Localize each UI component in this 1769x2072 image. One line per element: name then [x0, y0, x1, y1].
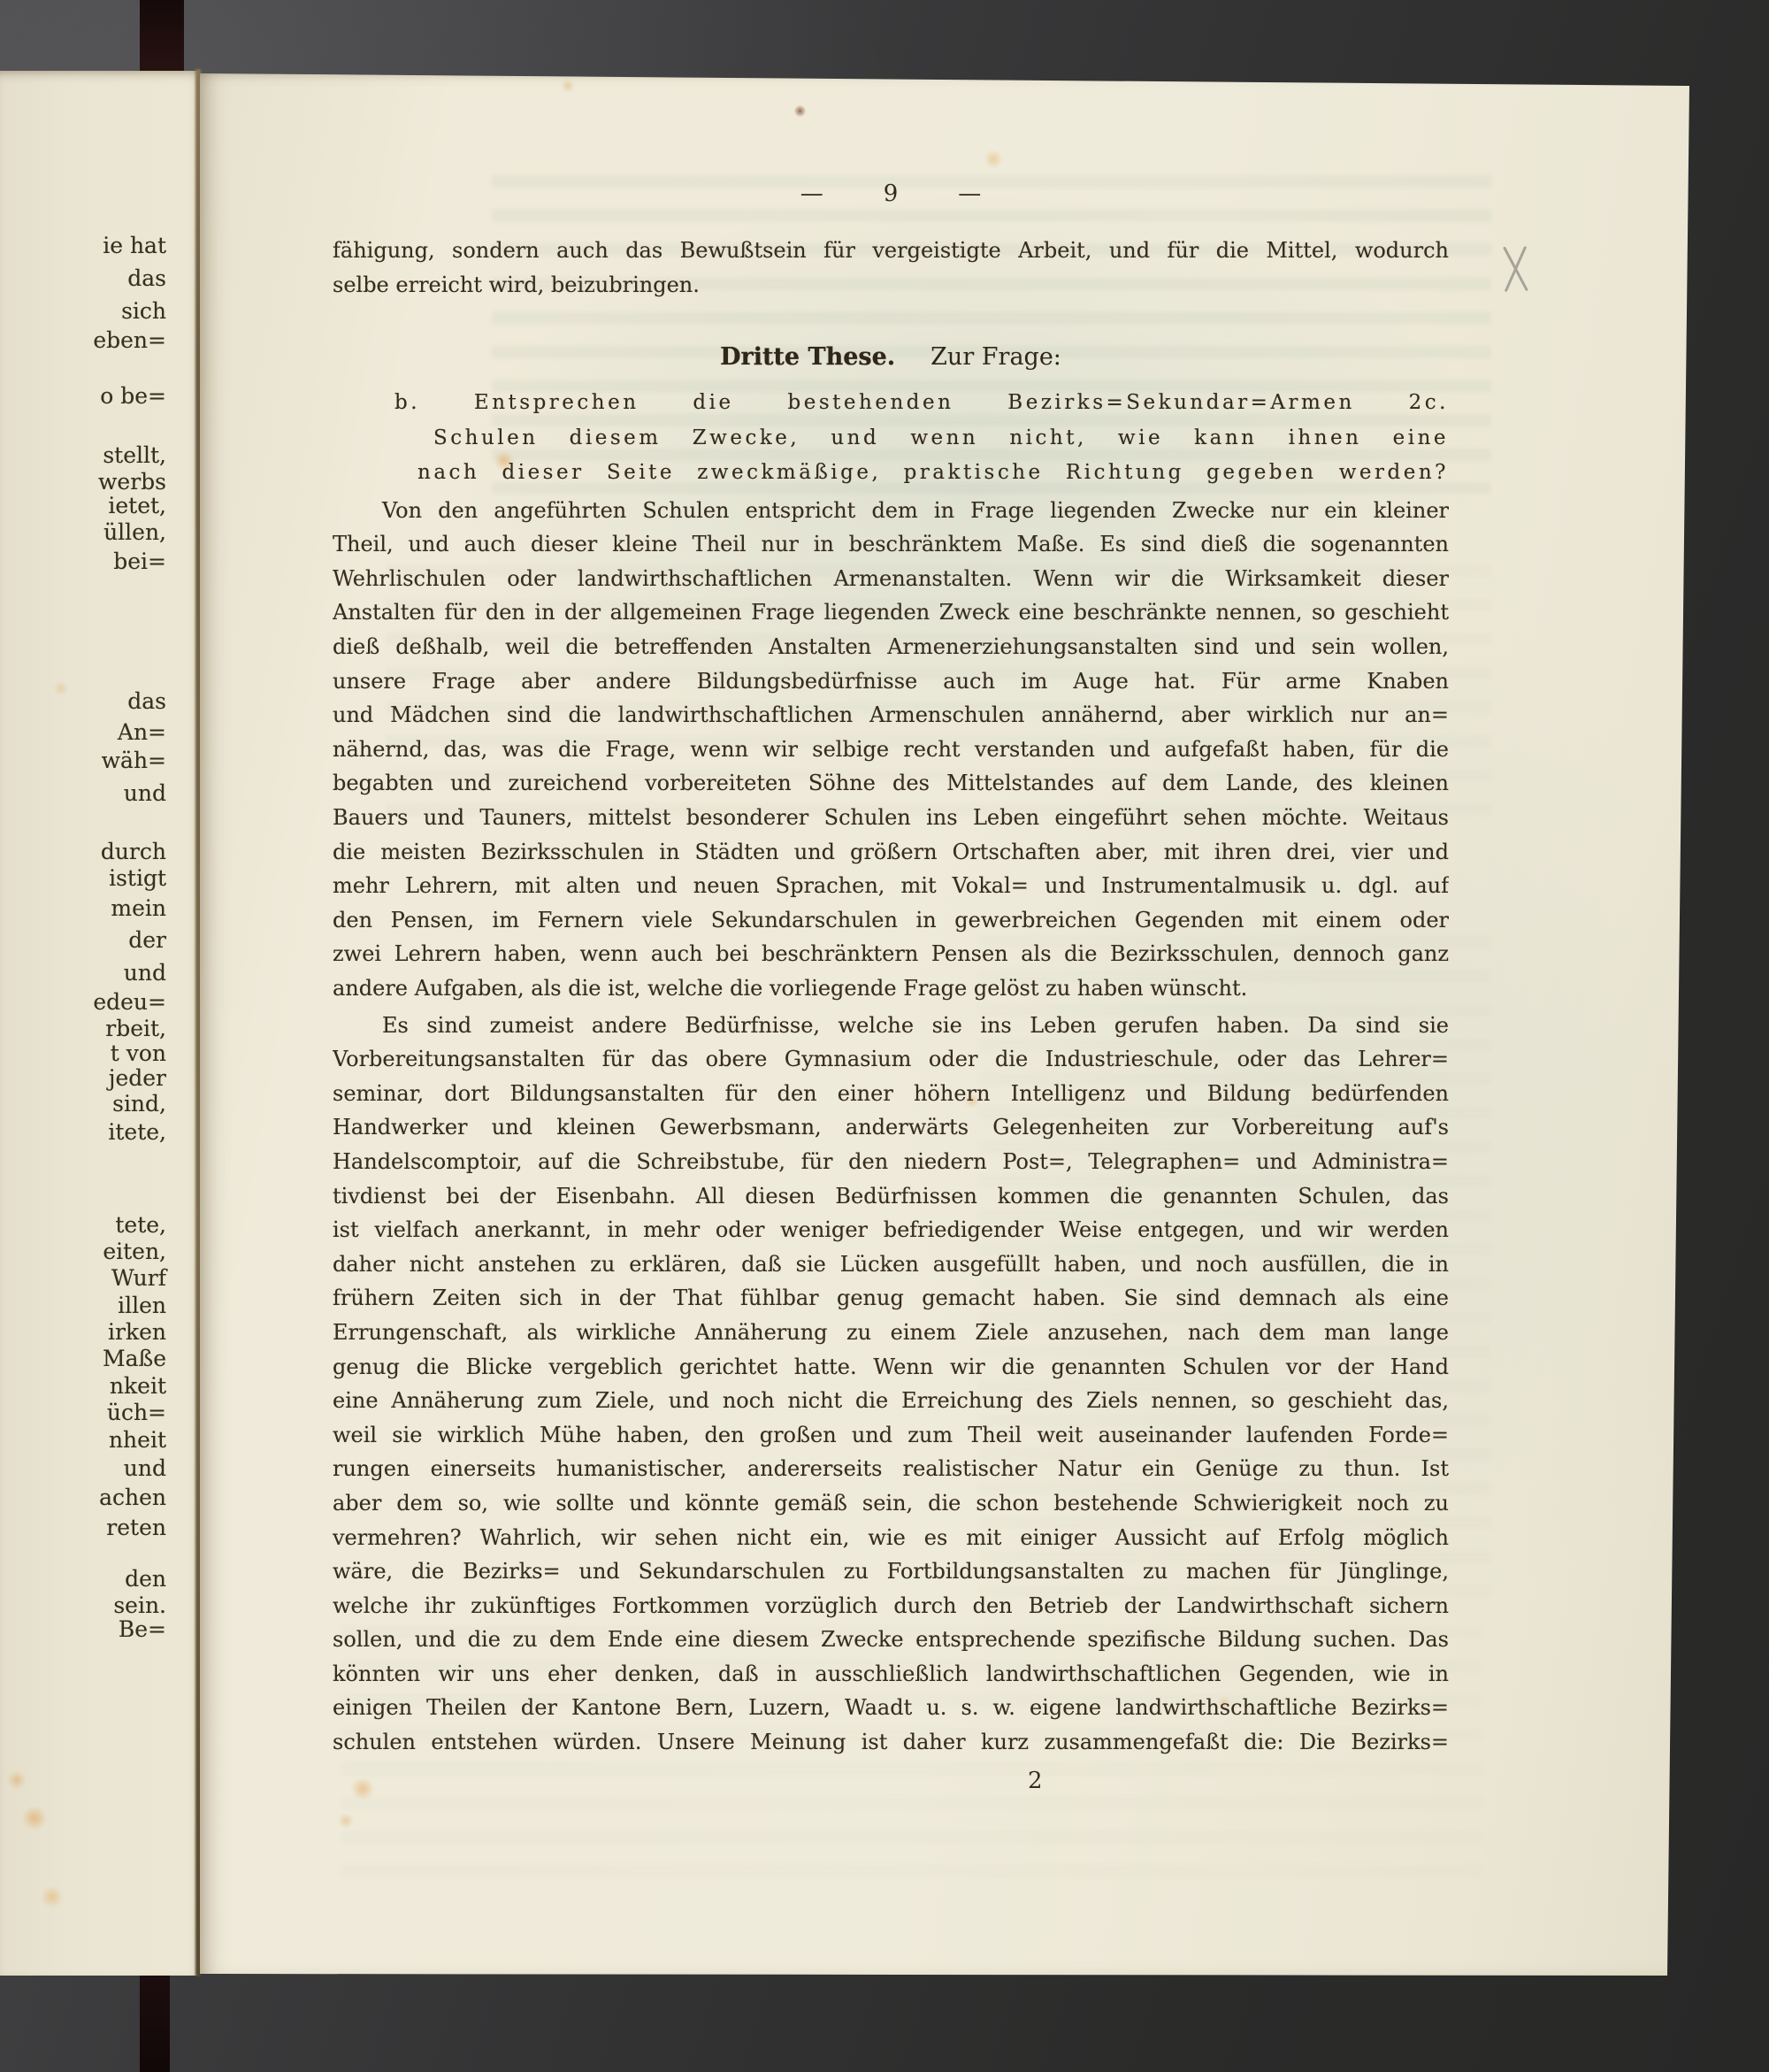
body-line: fähigung, sondern auch das Bewußtsein fü… — [333, 234, 1449, 268]
body-line: wäre, die Bezirks= und Sekundarschulen z… — [333, 1554, 1449, 1589]
left-page-fragment: sein. — [113, 1592, 166, 1619]
question-line: b. Entsprechen die bestehenden Bezirks=S… — [333, 386, 1449, 421]
left-page-fragment: und — [124, 780, 166, 807]
left-page-fragment: achen — [99, 1485, 166, 1511]
body-line: unsere Frage aber andere Bildungsbedürfn… — [333, 664, 1449, 699]
foxing-stain — [53, 681, 69, 695]
body-line: Bauers und Tauners, mittelst besonderer … — [333, 801, 1449, 835]
foxing-stain — [984, 150, 1003, 168]
body-line: nähernd, das, was die Frage, wenn wir se… — [333, 733, 1449, 767]
left-page-fragment: rbeit, — [105, 1016, 166, 1042]
left-page-fragment: den — [125, 1566, 166, 1592]
left-page-fragment: eiten, — [103, 1239, 166, 1265]
body-line: könnten wir uns eher denken, daß in auss… — [333, 1657, 1449, 1692]
signature-mark: 2 — [333, 1767, 1449, 1795]
left-page-fragment: An= — [118, 719, 166, 746]
left-page-fragment: ietet, — [108, 493, 166, 519]
body-line: den Pensen, im Fernern viele Sekundarsch… — [333, 903, 1449, 938]
left-page-fragment: tete, — [115, 1212, 166, 1239]
left-page-fragment: Wurf — [111, 1265, 166, 1292]
paragraph-1: Von den angeführten Schulen entspricht d… — [333, 494, 1449, 1006]
body-line: ist vielfach anerkannt, in mehr oder wen… — [333, 1213, 1449, 1247]
left-page-fragment: t von — [111, 1040, 166, 1067]
left-page-fragment: reten — [106, 1515, 166, 1541]
question-item-b: b. Entsprechen die bestehenden Bezirks=S… — [333, 386, 1449, 491]
left-page-fragment: üch= — [107, 1400, 166, 1426]
left-page-fragment: wäh= — [102, 748, 166, 774]
foxing-stain — [561, 80, 575, 92]
body-line: Handelscomptoir, auf die Schreibstube, f… — [333, 1145, 1449, 1179]
body-line: seminar, dort Bildungsanstalten für den … — [333, 1077, 1449, 1111]
left-page-fragment: stellt, — [103, 442, 166, 469]
body-line: genug die Blicke vergeblich gerichtet ha… — [333, 1350, 1449, 1385]
book-spine-bottom — [140, 1971, 170, 2072]
body-line: Es sind zumeist andere Bedürfnisse, welc… — [333, 1009, 1449, 1043]
body-line: zwei Lehrern haben, wenn auch bei beschr… — [333, 937, 1449, 971]
page-number: —9— — [333, 180, 1449, 207]
question-line: Schulen diesem Zwecke, und wenn nicht, w… — [333, 421, 1449, 457]
left-page-fragment: der — [128, 927, 166, 954]
heading-subtitle: Zur Frage: — [930, 343, 1061, 371]
heading-title: Dritte These. — [720, 343, 895, 371]
left-page-fragment: istigt — [109, 865, 166, 892]
left-page-fragment: und — [124, 960, 166, 986]
left-page-fragment: und — [124, 1455, 166, 1482]
body-line: Vorbereitungsanstalten für das obere Gym… — [333, 1042, 1449, 1077]
body-line: welche ihr zukünftiges Fortkommen vorzüg… — [333, 1589, 1449, 1623]
body-line: selbe erreicht wird, beizubringen. — [333, 268, 1449, 303]
body-line: andere Aufgaben, als die ist, welche die… — [333, 971, 1449, 1006]
left-page-fragment: das — [127, 688, 166, 715]
section-heading: Dritte These.Zur Frage: — [333, 340, 1449, 375]
body-line: mehr Lehrern, mit alten und neuen Sprach… — [333, 869, 1449, 903]
left-page-fragment: Be= — [119, 1616, 166, 1643]
body-line: begabten und zureichend vorbereiteten Sö… — [333, 766, 1449, 801]
left-page-edge: ie hatdassicheben=o be=stellt,werbsietet… — [0, 71, 198, 1976]
body-line: Handwerker und kleinen Gewerbsmann, ande… — [333, 1110, 1449, 1145]
foxing-stain — [21, 1807, 48, 1830]
body-line: rungen einerseits humanistischer, andere… — [333, 1452, 1449, 1486]
left-page-fragment: eben= — [93, 327, 166, 354]
body-line: weil sie wirklich Mühe haben, den großen… — [333, 1418, 1449, 1453]
body-line: Errungenschaft, als wirkliche Annäherung… — [333, 1316, 1449, 1350]
body-line: schulen entstehen würden. Unsere Meinung… — [333, 1725, 1449, 1760]
left-page-fragment: mein — [111, 895, 166, 922]
left-page-fragment: ie hat — [103, 233, 166, 259]
left-page-fragment: das — [127, 265, 166, 292]
body-line: einigen Theilen der Kantone Bern, Luzern… — [333, 1691, 1449, 1725]
page-number-dash: — — [958, 180, 981, 207]
page-number-value: 9 — [884, 180, 899, 207]
left-page-fragment: irken — [108, 1319, 166, 1346]
left-page-fragment: o be= — [100, 383, 166, 410]
right-page: —9— fähigung, sondern auch das Bewußtsei… — [200, 69, 1695, 1978]
paragraph-2: Es sind zumeist andere Bedürfnisse, welc… — [333, 1009, 1449, 1760]
body-line: Wehrlischulen oder landwirthschaftlichen… — [333, 562, 1449, 596]
body-line: Anstalten für den in der allgemeinen Fra… — [333, 595, 1449, 630]
left-page-fragment: bei= — [113, 549, 166, 575]
pencil-x-mark — [1497, 246, 1535, 292]
left-page-fragment: jeder — [109, 1065, 166, 1092]
left-page-fragment: itete, — [108, 1119, 166, 1146]
left-page-fragment: üllen, — [103, 519, 166, 546]
body-line: Theil, und auch dieser kleine Theil nur … — [333, 527, 1449, 562]
body-line: Von den angeführten Schulen entspricht d… — [333, 494, 1449, 528]
body-line: frühern Zeiten sich in der That fühlbar … — [333, 1281, 1449, 1316]
left-page-fragment: durch — [101, 839, 166, 865]
foxing-stain — [7, 1771, 27, 1789]
foxing-stain — [41, 1886, 64, 1907]
foxing-stain — [794, 104, 806, 118]
body-line: eine Annäherung zum Ziele, und noch nich… — [333, 1384, 1449, 1418]
text-block: fähigung, sondern auch das Bewußtsein fü… — [333, 234, 1449, 1795]
left-page-fragment: edeu= — [93, 989, 166, 1016]
body-line: dieß deßhalb, weil die betreffenden Anst… — [333, 630, 1449, 664]
scanned-book-photo: { "colors":{ "background_dark":"#333334"… — [0, 0, 1769, 2072]
intro-paragraph: fähigung, sondern auch das Bewußtsein fü… — [333, 234, 1449, 302]
page-number-dash: — — [800, 180, 823, 207]
left-page-fragment: illen — [118, 1293, 166, 1319]
body-line: daher nicht anstehen zu erklären, daß si… — [333, 1247, 1449, 1282]
book-spine-top — [140, 0, 184, 81]
left-page-fragment: sind, — [112, 1091, 166, 1117]
question-line: nach dieser Seite zweckmäßige, praktisch… — [333, 456, 1449, 491]
body-line: tivdienst bei der Eisenbahn. All diesen … — [333, 1179, 1449, 1214]
left-page-fragment: sich — [121, 298, 166, 325]
foxing-stain — [338, 1814, 354, 1828]
body-line: und Mädchen sind die landwirthschaftlich… — [333, 698, 1449, 733]
left-page-fragment: Maße — [103, 1346, 166, 1372]
left-page-fragment: nheit — [109, 1427, 166, 1454]
body-line: sollen, und die zu dem Ende eine diesem … — [333, 1623, 1449, 1657]
body-line: aber dem so, wie sollte und könnte gemäß… — [333, 1486, 1449, 1521]
body-line: die meisten Bezirksschulen in Städten un… — [333, 835, 1449, 870]
left-page-fragment: werbs — [98, 469, 166, 495]
left-page-fragment: nkeit — [110, 1373, 166, 1400]
body-line: vermehren? Wahrlich, wir sehen nicht ein… — [333, 1521, 1449, 1555]
